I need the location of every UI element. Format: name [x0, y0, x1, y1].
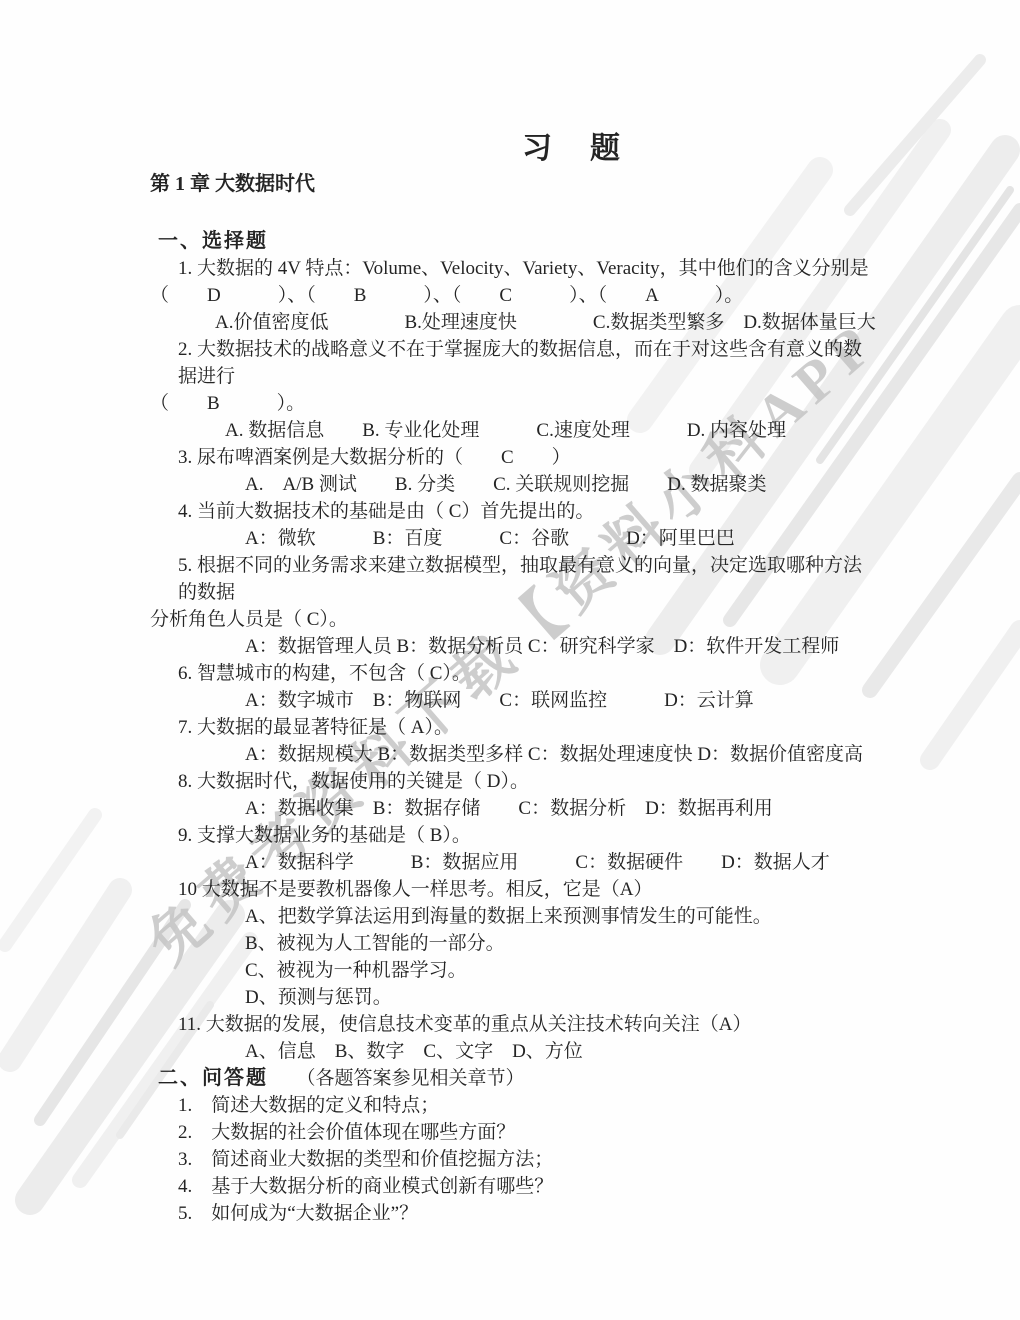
document-content: 习 题 第 1 章 大数据时代 一、选择题1. 大数据的 4V 特点：Volum…: [150, 128, 880, 1227]
option-line: A：数据管理人员 B：数据分析员 C：研究科学家 D：软件开发工程师: [245, 633, 880, 660]
question-line: 1. 大数据的 4V 特点：Volume、Velocity、Variety、Ve…: [178, 255, 880, 282]
qa-item-line: 4. 基于大数据分析的商业模式创新有哪些？: [178, 1173, 880, 1200]
option-line: A：数据收集 B：数据存储 C：数据分析 D：数据再利用: [245, 795, 880, 822]
option-line: A、信息 B、数字 C、文字 D、方位: [245, 1038, 880, 1065]
question-line: 2. 大数据技术的战略意义不在于掌握庞大的数据信息，而在于对这些含有意义的数据进…: [178, 336, 880, 390]
section-heading: 二、问答题 （各题答案参见相关章节）: [158, 1065, 880, 1092]
option-line: D、预测与惩罚。: [245, 984, 880, 1011]
qa-item-line: 2. 大数据的社会价值体现在哪些方面？: [178, 1119, 880, 1146]
option-line: A.价值密度低 B.处理速度快 C.数据类型繁多 D.数据体量巨大: [215, 309, 880, 336]
question-line: 6. 智慧城市的构建，不包含（ C）。: [178, 660, 880, 687]
question-continuation-line: （ B ）。: [150, 390, 880, 417]
question-line: 9. 支撑大数据业务的基础是（ B）。: [178, 822, 880, 849]
option-line: A：数据科学 B：数据应用 C：数据硬件 D：数据人才: [245, 849, 880, 876]
question-line: 11. 大数据的发展，使信息技术变革的重点从关注技术转向关注（A）: [178, 1011, 880, 1038]
option-line: A. 数据信息 B. 专业化处理 C.速度处理 D. 内容处理: [225, 417, 880, 444]
streak-line: [930, 630, 1020, 760]
option-line: B、被视为人工智能的一部分。: [245, 930, 880, 957]
document-lines: 一、选择题1. 大数据的 4V 特点：Volume、Velocity、Varie…: [150, 228, 880, 1227]
question-line: 3. 尿布啤酒案例是大数据分析的（ C ）: [178, 444, 880, 471]
qa-item-line: 5. 如何成为“大数据企业”？: [178, 1200, 880, 1227]
qa-item-line: 3. 简述商业大数据的类型和价值挖掘方法；: [178, 1146, 880, 1173]
option-line: A、把数学算法运用到海量的数据上来预测事情发生的可能性。: [245, 903, 880, 930]
question-continuation-line: 分析角色人员是（ C）。: [150, 606, 880, 633]
page-title: 习 题: [208, 128, 938, 170]
streak-line: [5, 815, 95, 945]
option-line: C、被视为一种机器学习。: [245, 957, 880, 984]
qa-section-title: 二、问答题: [158, 1067, 268, 1089]
option-line: A. A/B 测试 B. 分类 C. 关联规则挖掘 D. 数据聚类: [245, 471, 880, 498]
option-line: A：数据规模大 B：数据类型多样 C：数据处理速度快 D：数据价值密度高: [245, 741, 880, 768]
question-line: 5. 根据不同的业务需求来建立数据模型，抽取最有意义的向量，决定选取哪种方法的数…: [178, 552, 880, 606]
chapter-heading: 第 1 章 大数据时代: [150, 170, 880, 198]
section-heading: 一、选择题: [158, 228, 880, 255]
question-line: 7. 大数据的最显著特征是（ A）。: [178, 714, 880, 741]
document-page: 免费考资料下载【资料小科APP 习 题 第 1 章 大数据时代 一、选择题1. …: [0, 0, 1020, 1320]
question-line: 10 大数据不是要教机器像人一样思考。相反，它是（A）: [178, 876, 880, 903]
qa-item-line: 1. 简述大数据的定义和特点；: [178, 1092, 880, 1119]
option-line: A：数字城市 B：物联网 C：联网监控 D：云计算: [245, 687, 880, 714]
question-continuation-line: （ D ）、（ B ）、（ C ）、（ A ）。: [150, 282, 880, 309]
option-line: A：微软 B：百度 C：谷歌 D：阿里巴巴: [245, 525, 880, 552]
question-line: 8. 大数据时代，数据使用的关键是（ D）。: [178, 768, 880, 795]
qa-section-note: （各题答案参见相关章节）: [268, 1068, 525, 1089]
question-line: 4. 当前大数据技术的基础是由（ C）首先提出的。: [178, 498, 880, 525]
